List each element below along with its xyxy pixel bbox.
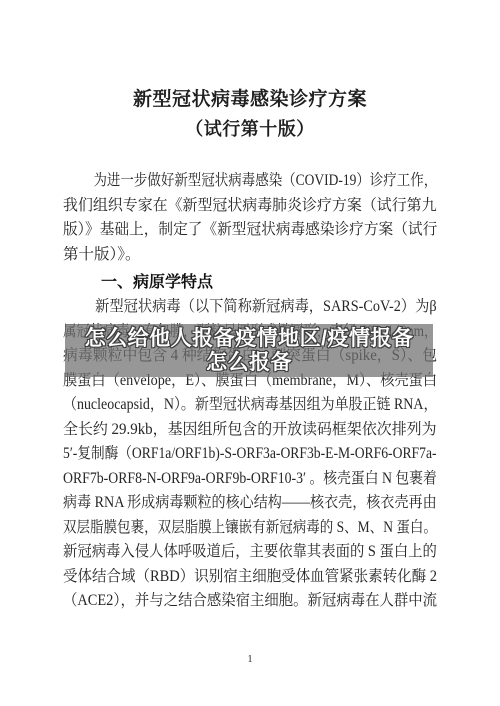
text-line: 病毒 RNA 形成病毒颗粒的核心结构——核衣壳，核衣壳再由 bbox=[63, 491, 403, 516]
text-line: 新型冠状病毒（以下简称新冠病毒，SARS-CoV-2）为β bbox=[63, 295, 407, 320]
intro-paragraph: 为进一步做好新型冠状病毒感染（COVID-19）诊疗工作，我们组织专家在《新型冠… bbox=[63, 169, 437, 267]
text-line: （ACE2），并与之结合感染宿主细胞。新冠病毒在人群中流 bbox=[63, 589, 410, 614]
text-line: （nucleocapsid，N）。新型冠状病毒基因组为单股正链 RNA， bbox=[63, 393, 400, 418]
document-title-block: 新型冠状病毒感染诊疗方案 （试行第十版） bbox=[0, 85, 500, 144]
text-line: 我们组织专家在《新型冠状病毒肺炎诊疗方案（试行第九 bbox=[63, 194, 424, 219]
text-line: 双层脂膜包裹，双层脂膜上镶嵌有新冠病毒的 S、M、N 蛋白。 bbox=[63, 516, 389, 541]
text-line: 第十版）》。 bbox=[63, 243, 437, 268]
text-line: 版）》基础上，制定了《新型冠状病毒感染诊疗方案（试行 bbox=[63, 218, 417, 243]
text-line: 新冠病毒入侵人体呼吸道后，主要依靠其表面的 S 蛋白上的 bbox=[63, 540, 409, 565]
page-number: 1 bbox=[0, 653, 500, 665]
document-subtitle: （试行第十版） bbox=[0, 115, 500, 144]
section-heading: 一、病原学特点 bbox=[63, 272, 437, 294]
caption-line-2: 怎么报备 bbox=[206, 351, 292, 375]
text-line: 为进一步做好新型冠状病毒感染（COVID-19）诊疗工作， bbox=[63, 169, 388, 194]
document-title: 新型冠状病毒感染诊疗方案 bbox=[0, 85, 500, 115]
text-line: ORF7b-ORF8-N-ORF9a-ORF9b-ORF10-3′ 。核壳蛋白 … bbox=[63, 467, 396, 492]
caption-line-1: 怎么给他人报备疫情地区/疫情报备 bbox=[85, 327, 414, 351]
document-page: 新型冠状病毒感染诊疗方案 （试行第十版） 为进一步做好新型冠状病毒感染（COVI… bbox=[0, 0, 500, 706]
text-line: 受体结合域（RBD）识别宿主细胞受体血管紧张素转化酶 2 bbox=[63, 565, 413, 590]
text-line: 5′-复制酶（ORF1a/ORF1b)-S-ORF3a-ORF3b-E-M-OR… bbox=[63, 442, 392, 467]
text-line: 全长约 29.9kb，基因组所包含的开放读码框架依次排列为 bbox=[63, 418, 424, 443]
caption-overlay: 怎么给他人报备疫情地区/疫情报备 怎么报备 bbox=[65, 324, 433, 377]
